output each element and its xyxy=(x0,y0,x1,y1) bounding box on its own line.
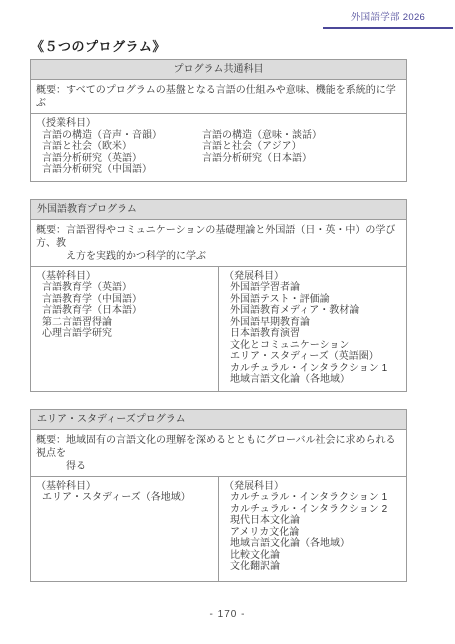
table-title: プログラム共通科目 xyxy=(31,60,406,80)
table-body: （授業科目）言語の構造（音声・音韻）言語と社会（欧米）言語分析研究（英語）言語分… xyxy=(31,114,406,181)
column-label: （授業科目） xyxy=(36,118,401,130)
table-title: エリア・スタディーズプログラム xyxy=(31,410,406,430)
summary-line: 概要：すべてのプログラムの基盤となる言語の仕組みや意味、機能を系統的に学ぶ xyxy=(36,84,401,110)
subject-item: 外国語教育メディア・教材論 xyxy=(224,305,401,317)
table-program-common: プログラム共通科目概要：すべてのプログラムの基盤となる言語の仕組みや意味、機能を… xyxy=(30,59,407,182)
page-number: - 170 - xyxy=(0,609,455,620)
subject-item: 言語教育学（日本語） xyxy=(36,305,213,317)
subject-item: 現代日本文化論 xyxy=(224,515,401,527)
subject-column: 言語の構造（意味・談話）言語と社会（アジア）言語分析研究（日本語） xyxy=(196,130,401,176)
column-label: （発展科目） xyxy=(224,481,401,493)
table-title: 外国語教育プログラム xyxy=(31,200,406,220)
subject-item: 言語と社会（欧米） xyxy=(36,141,196,153)
table-foreign-language-education: 外国語教育プログラム概要：言語習得やコミュニケーションの基礎理論と外国語（日・英… xyxy=(30,199,407,392)
subject-column: 言語の構造（音声・音韻）言語と社会（欧米）言語分析研究（英語）言語分析研究（中国… xyxy=(36,130,196,176)
subject-item: カルチュラル・インタラクション 1 xyxy=(224,363,401,375)
table-summary: 概要：地域固有の言語文化の理解を深めるとともにグローバル社会に求められる視点を得… xyxy=(31,430,406,477)
column-label: （基幹科目） xyxy=(36,481,213,493)
table-body: （基幹科目）エリア・スタディーズ（各地域）（発展科目）カルチュラル・インタラクシ… xyxy=(31,477,406,581)
table-summary: 概要：すべてのプログラムの基盤となる言語の仕組みや意味、機能を系統的に学ぶ xyxy=(31,80,406,114)
subject-item: 外国語早期教育論 xyxy=(224,317,401,329)
summary-line: 得る xyxy=(36,460,401,473)
subject-item: カルチュラル・インタラクション 1 xyxy=(224,492,401,504)
subject-item: 言語の構造（音声・音韻） xyxy=(36,130,196,142)
subject-item: 第二言語習得論 xyxy=(36,317,213,329)
program-tables: プログラム共通科目概要：すべてのプログラムの基盤となる言語の仕組みや意味、機能を… xyxy=(30,59,407,582)
document-page: 外国語学部 2026 《５つのプログラム》 プログラム共通科目概要：すべてのプロ… xyxy=(0,0,455,644)
subject-item: 言語分析研究（日本語） xyxy=(196,153,401,165)
table-summary: 概要：言語習得やコミュニケーションの基礎理論と外国語（日・英・中）の学び方、教え… xyxy=(31,220,406,267)
subject-item: 日本語教育演習 xyxy=(224,328,401,340)
core-subjects-cell: （基幹科目）言語教育学（英語）言語教育学（中国語）言語教育学（日本語）第二言語習… xyxy=(31,267,219,391)
subject-item: 言語教育学（中国語） xyxy=(36,294,213,306)
column-label: （発展科目） xyxy=(224,271,401,283)
subject-item: 言語の構造（意味・談話） xyxy=(196,130,401,142)
summary-line: 概要：言語習得やコミュニケーションの基礎理論と外国語（日・英・中）の学び方、教 xyxy=(36,224,401,250)
subject-item: 文化とコミュニケーション xyxy=(224,340,401,352)
subject-item: 地域言語文化論（各地域） xyxy=(224,374,401,386)
subject-item: 文化翻訳論 xyxy=(224,561,401,573)
subject-item: 外国語学習者論 xyxy=(224,282,401,294)
subject-columns: 言語の構造（音声・音韻）言語と社会（欧米）言語分析研究（英語）言語分析研究（中国… xyxy=(36,130,401,176)
subject-item: 言語と社会（アジア） xyxy=(196,141,401,153)
subject-item: 言語分析研究（英語） xyxy=(36,153,196,165)
advanced-subjects-cell: （発展科目）カルチュラル・インタラクション 1カルチュラル・インタラクション 2… xyxy=(219,477,406,581)
summary-line: え方を実践的かつ科学的に学ぶ xyxy=(36,250,401,263)
subject-item: 言語教育学（英語） xyxy=(36,282,213,294)
summary-line: 概要：地域固有の言語文化の理解を深めるとともにグローバル社会に求められる視点を xyxy=(36,434,401,460)
subject-item: カルチュラル・インタラクション 2 xyxy=(224,504,401,516)
column-label: （基幹科目） xyxy=(36,271,213,283)
subject-item: 地域言語文化論（各地域） xyxy=(224,538,401,550)
page-title: 《５つのプログラム》 xyxy=(31,36,166,55)
subject-item: 外国語テスト・評価論 xyxy=(224,294,401,306)
subject-item: 心理言語学研究 xyxy=(36,328,213,340)
subject-item: 言語分析研究（中国語） xyxy=(36,164,196,176)
subject-item: エリア・スタディーズ（各地域） xyxy=(36,492,213,504)
core-subjects-cell: （基幹科目）エリア・スタディーズ（各地域） xyxy=(31,477,219,581)
subject-item: アメリカ文化論 xyxy=(224,527,401,539)
table-area-studies: エリア・スタディーズプログラム概要：地域固有の言語文化の理解を深めるとともにグロ… xyxy=(30,409,407,582)
subject-item: 比較文化論 xyxy=(224,550,401,562)
faculty-edition-badge: 外国語学部 2026 xyxy=(323,9,453,29)
table-body: （基幹科目）言語教育学（英語）言語教育学（中国語）言語教育学（日本語）第二言語習… xyxy=(31,267,406,391)
advanced-subjects-cell: （発展科目）外国語学習者論外国語テスト・評価論外国語教育メディア・教材論外国語早… xyxy=(219,267,406,391)
subject-item: エリア・スタディーズ（英語圏） xyxy=(224,351,401,363)
